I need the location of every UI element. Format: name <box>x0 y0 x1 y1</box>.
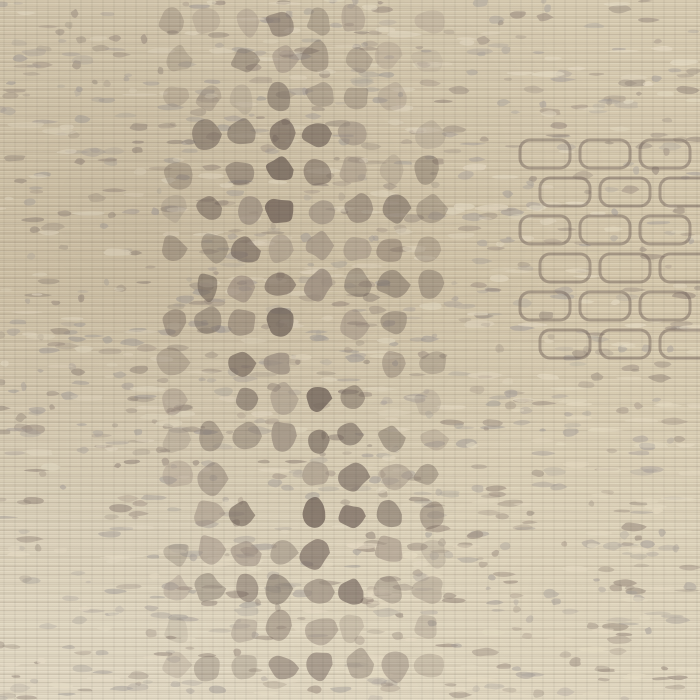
crocodile-scale-pattern <box>0 0 700 700</box>
rug-texture <box>0 0 700 700</box>
